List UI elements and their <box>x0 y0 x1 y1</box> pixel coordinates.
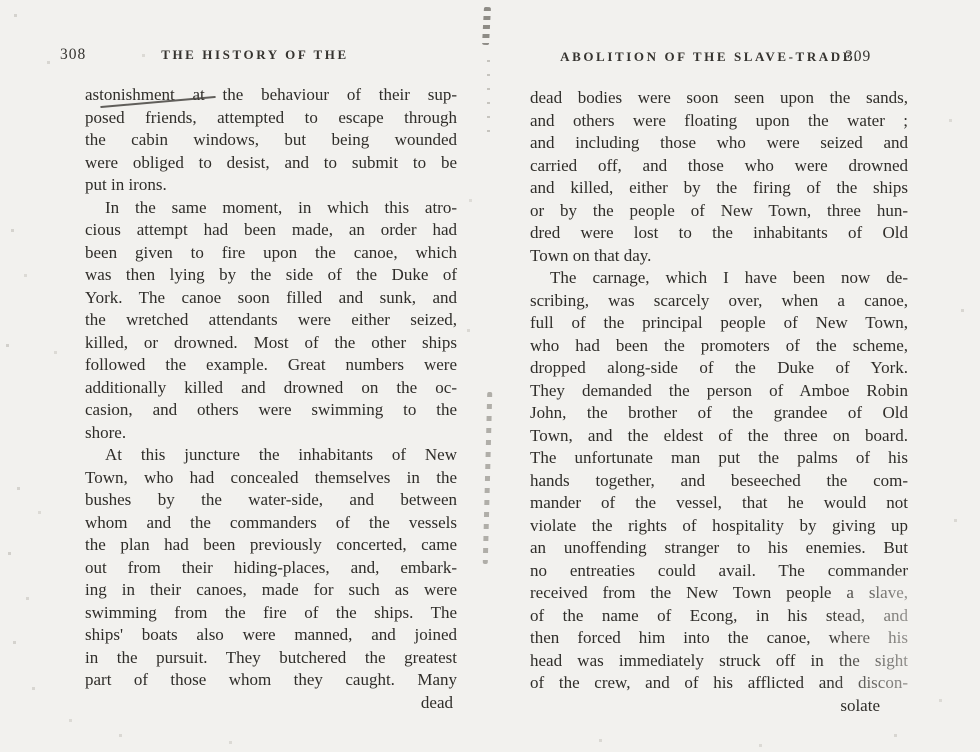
text-line: was then lying by the side of the Duke o… <box>85 264 457 287</box>
text-line: and including those who were seized and <box>530 132 908 155</box>
text-line: killed, or drowned. Most of the other sh… <box>85 332 457 355</box>
text-line: violate the rights of hospitality by giv… <box>530 515 908 538</box>
text-line: cious attempt had been made, an order ha… <box>85 219 457 242</box>
text-line: shore. <box>85 422 457 445</box>
text-line: The unfortunate man put the palms of his <box>530 447 908 470</box>
text-line: carried off, and those who were drowned <box>530 155 908 178</box>
text-line: York. The canoe soon filled and sunk, an… <box>85 287 457 310</box>
text-line: no entreaties could avail. The commander <box>530 560 908 583</box>
left-page: 308 THE HISTORY OF THE astonishment at t… <box>0 0 490 752</box>
text-line: They demanded the person of Amboe Robin <box>530 380 908 403</box>
text-line: followed the example. Great numbers were <box>85 354 457 377</box>
text-line: At this juncture the inhabitants of New <box>85 444 457 467</box>
right-running-title: ABOLITION OF THE SLAVE-TRADE. <box>520 49 900 65</box>
text-line: out from their hiding-places, and, embar… <box>85 557 457 580</box>
left-page-text: astonishment at the behaviour of their s… <box>85 84 457 714</box>
text-line: received from the New Town people a slav… <box>530 582 908 605</box>
text-line: Town on that day. <box>530 245 908 268</box>
right-page: ABOLITION OF THE SLAVE-TRADE. 309 dead b… <box>490 0 980 752</box>
catchword: dead <box>85 692 457 715</box>
left-running-title: THE HISTORY OF THE <box>70 47 440 63</box>
text-line: casion, and others were swimming to the <box>85 399 457 422</box>
text-line: John, the brother of the grandee of Old <box>530 402 908 425</box>
text-line: In the same moment, in which this atro- <box>85 197 457 220</box>
text-line: in the pursuit. They butchered the great… <box>85 647 457 670</box>
gutter-smudge-dots <box>487 60 490 140</box>
text-line: dead bodies were soon seen upon the sand… <box>530 87 908 110</box>
text-line: additionally killed and drowned on the o… <box>85 377 457 400</box>
text-line: Town, and the eldest of the three on boa… <box>530 425 908 448</box>
right-page-text: dead bodies were soon seen upon the sand… <box>530 87 908 717</box>
book-spread: 308 THE HISTORY OF THE astonishment at t… <box>0 0 980 752</box>
text-line: swimming from the fire of the ships. The <box>85 602 457 625</box>
text-line: were obliged to desist, and to submit to… <box>85 152 457 175</box>
text-line: who had been the promoters of the scheme… <box>530 335 908 358</box>
text-line: part of those whom they caught. Many <box>85 669 457 692</box>
text-line: hands together, and beseeched the com- <box>530 470 908 493</box>
text-line: dred were lost to the inhabitants of Old <box>530 222 908 245</box>
right-page-number: 309 <box>845 48 871 66</box>
text-line: of the name of Econg, in his stead, and <box>530 605 908 628</box>
text-line: head was immediately struck off in the s… <box>530 650 908 673</box>
text-line: or by the people of New Town, three hun- <box>530 200 908 223</box>
text-line: of the crew, and of his afflicted and di… <box>530 672 908 695</box>
text-line: the wretched attendants were either seiz… <box>85 309 457 332</box>
text-line: ships' boats also were manned, and joine… <box>85 624 457 647</box>
text-line: put in irons. <box>85 174 457 197</box>
text-line: been given to fire upon the canoe, which <box>85 242 457 265</box>
text-line: the plan had been previously concerted, … <box>85 534 457 557</box>
text-line: mander of the vessel, that he would not <box>530 492 908 515</box>
text-line: whom and the commanders of the vessels <box>85 512 457 535</box>
text-line: scribing, was scarcely over, when a cano… <box>530 290 908 313</box>
text-line: and others were floating upon the water … <box>530 110 908 133</box>
text-line: ing in their canoes, made for such as we… <box>85 579 457 602</box>
text-line: and killed, either by the firing of the … <box>530 177 908 200</box>
text-line: The carnage, which I have been now de- <box>530 267 908 290</box>
text-line: then forced him into the canoe, where hi… <box>530 627 908 650</box>
text-line: Town, who had concealed themselves in th… <box>85 467 457 490</box>
text-line: the cabin windows, but being wounded <box>85 129 457 152</box>
text-line: full of the principal people of New Town… <box>530 312 908 335</box>
text-line: posed friends, attempted to escape throu… <box>85 107 457 130</box>
text-line: bushes by the water-side, and between <box>85 489 457 512</box>
text-line: an unoffending stranger to his enemies. … <box>530 537 908 560</box>
text-line: dropped along-side of the Duke of York. <box>530 357 908 380</box>
catchword: solate <box>530 695 908 718</box>
